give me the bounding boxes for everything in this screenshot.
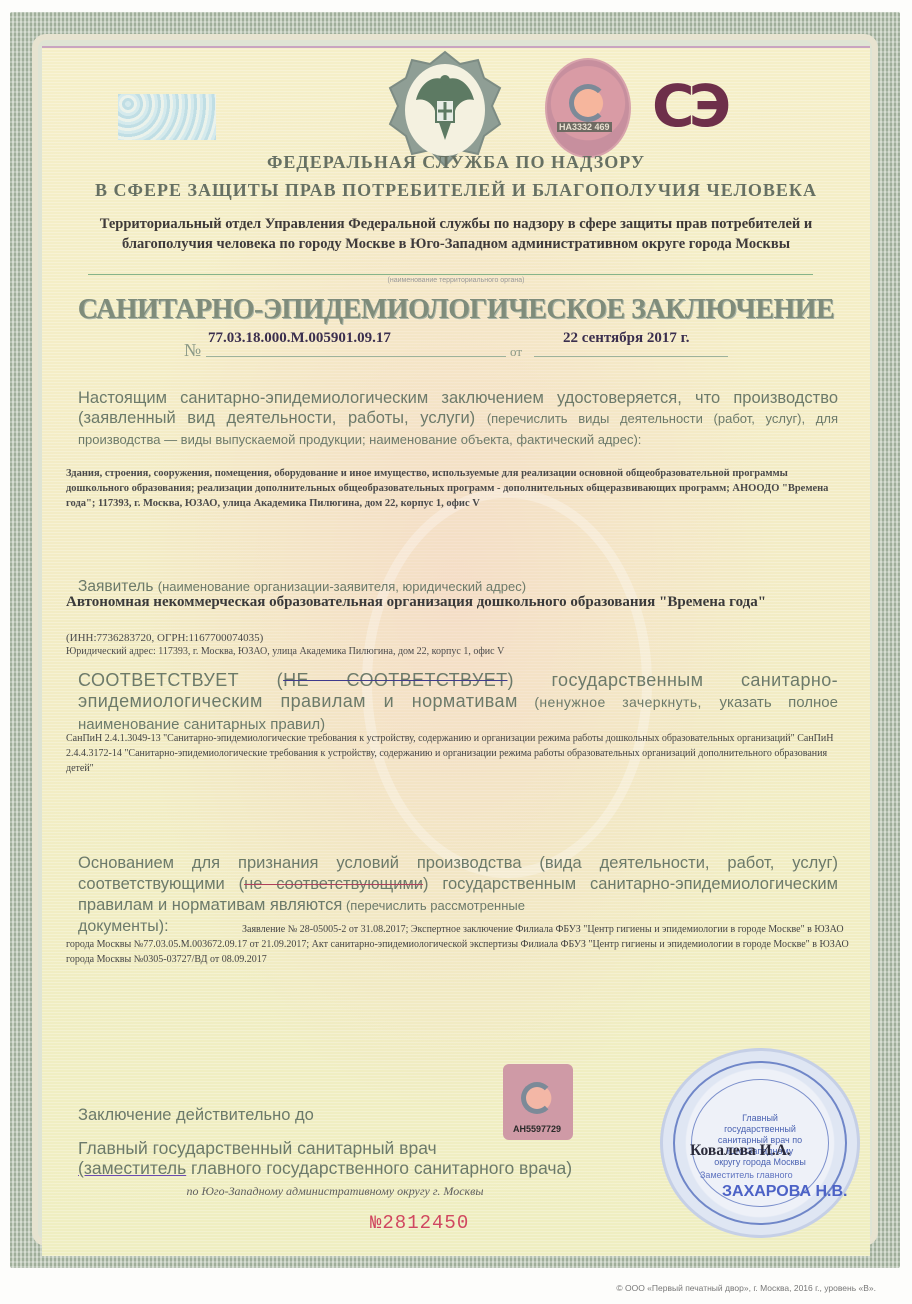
rospotrebnadzor-emblem-icon xyxy=(386,50,504,168)
security-pattern-patch xyxy=(118,94,216,140)
document-title: САНИТАРНО-ЭПИДЕМИОЛОГИЧЕСКОЕ ЗАКЛЮЧЕНИЕ xyxy=(0,294,912,326)
number-label: № xyxy=(184,340,201,361)
applicant-hint: (наименование организации-заявителя, юри… xyxy=(158,579,526,594)
struck-not-compliant: НЕ СООТВЕТСТВУЕТ xyxy=(283,670,507,690)
compliance-hint: (ненужное зачеркнуть, xyxy=(518,694,702,710)
struck-not-corresponding: не соответствующими xyxy=(244,875,423,893)
compliance-status: СООТВЕТСТВУЕТ xyxy=(78,670,239,690)
org-caption: (наименование территориального органа) xyxy=(0,277,912,284)
deputy-rest: главного государственного санитарного вр… xyxy=(186,1158,572,1178)
divider xyxy=(88,274,813,275)
signer-name: Ковалева И.А. xyxy=(690,1142,791,1160)
conformity-mark-logo: СЭ xyxy=(652,72,725,140)
applicant-legal-address: Юридический адрес: 117393, г. Москва, ЮЗ… xyxy=(66,646,504,657)
hologram-number: НА3332 469 xyxy=(557,122,612,132)
deputy-underlined: (заместитель xyxy=(78,1158,186,1178)
district-caption: по Юго-Западному административному округ… xyxy=(0,1184,670,1199)
hologram-sticker-top: НА3332 469 xyxy=(545,58,631,158)
stamp-facsimile-name: ЗАХАРОВА Н.В. xyxy=(722,1183,847,1201)
date-underline xyxy=(534,356,728,357)
number-underline xyxy=(206,356,506,357)
valid-until-label: Заключение действительно до xyxy=(78,1106,314,1125)
chief-doctor-title: Главный государственный санитарный врач xyxy=(78,1138,437,1159)
compliance-statement: СООТВЕТСТВУЕТ (НЕ СООТВЕТСТВУЕТ) государ… xyxy=(78,670,838,735)
hologram-c-icon xyxy=(521,1082,553,1114)
document-number: 77.03.18.000.М.005901.09.17 xyxy=(208,330,391,347)
document-date: 22 сентября 2017 г. xyxy=(563,330,690,347)
hologram-number: АН5597729 xyxy=(513,1124,561,1134)
sanitary-rules: СанПиН 2.4.1.3049-13 "Санитарно-эпидемио… xyxy=(66,731,851,776)
applicant-ids: (ИНН:7736283720, ОГРН:1167700074035) xyxy=(66,632,263,644)
hologram-sticker-bottom: АН5597729 xyxy=(503,1064,573,1140)
agency-title-line2: В СФЕРЕ ЗАЩИТЫ ПРАВ ПОТРЕБИТЕЛЕЙ И БЛАГО… xyxy=(0,180,912,201)
basis-statement: Основанием для признания условий произво… xyxy=(78,853,838,916)
basis-documents: Заявление № 28-05005-2 от 31.08.2017; Эк… xyxy=(66,922,851,967)
basis-hint: (перечислить рассмотренные xyxy=(342,898,525,913)
activity-value: Здания, строения, сооружения, помещения,… xyxy=(66,466,846,511)
printer-imprint: © ООО «Первый печатный двор», г. Москва,… xyxy=(616,1283,876,1293)
territorial-office: Территориальный отдел Управления Федерал… xyxy=(60,214,852,254)
date-from-label: от xyxy=(510,344,522,360)
deputy-title: (заместитель главного государственного с… xyxy=(78,1158,572,1179)
stamp-vice-text: Заместитель главного xyxy=(700,1170,793,1180)
blank-serial-number: №2812450 xyxy=(370,1212,469,1234)
activity-intro: Настоящим санитарно-эпидемиологическим з… xyxy=(78,388,838,450)
applicant-name: Автономная некоммерческая образовательна… xyxy=(66,593,846,612)
hologram-c-icon xyxy=(569,84,607,122)
agency-title-line1: ФЕДЕРАЛЬНАЯ СЛУЖБА ПО НАДЗОРУ xyxy=(0,152,912,173)
